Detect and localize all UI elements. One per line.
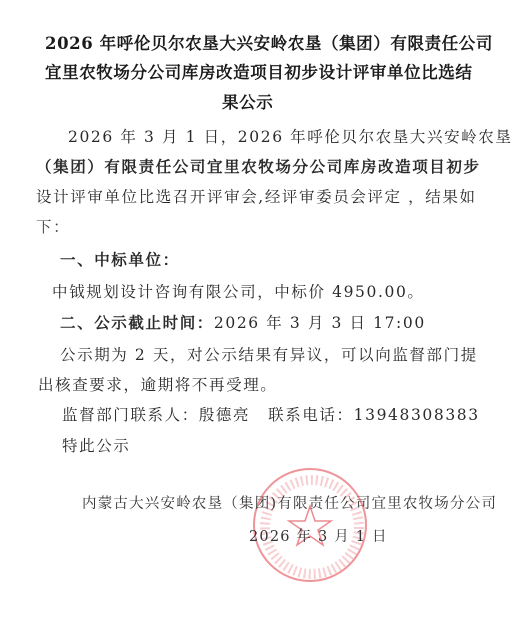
contact-line: 监督部门联系人：殷德亮联系电话：13948308383	[62, 405, 480, 425]
title-line-1: 2026 年呼伦贝尔农垦大兴安岭农垦（集团）有限责任公司	[45, 34, 493, 54]
intro-line-2: （集团）有限责任公司宜里农牧场分公司库房改造项目初步	[36, 157, 481, 177]
title-line-2: 宜里农牧场分公司库房改造项目初步设计评审单位比选结	[45, 63, 473, 83]
contact-phone-label: 联系电话：	[268, 406, 354, 424]
section1-heading: 一、中标单位：	[60, 250, 180, 270]
signature-org: 内蒙古大兴安岭农垦（集团)有限责任公司宜里农牧场分公司	[82, 494, 497, 514]
intro-line-4: 下：	[36, 217, 70, 237]
contact-phone: 13948308383	[354, 406, 480, 424]
signature-date: 2026 年 3 月 1 日	[249, 527, 388, 547]
intro-line-3: 设计评审单位比选召开评审会,经评审委员会评定 ，结果如	[36, 187, 477, 207]
notice-line-2: 出核查要求，逾期将不再受理。	[38, 375, 277, 395]
title-line-3: 果公示	[222, 93, 273, 113]
notice-line-1: 公示期为 2 天，对公示结果有异议，可以向监督部门提	[60, 345, 478, 365]
winner-line: 中钺规划设计咨询有限公司，中标价 4950.00。	[52, 282, 425, 302]
contact-person: 殷德亮	[199, 406, 250, 424]
section2-line: 二、公示截止时间：2026 年 3 月 3 日 17:00	[60, 313, 426, 333]
official-seal-stamp	[253, 468, 367, 582]
contact-person-label: 监督部门联系人：	[62, 406, 199, 424]
section2-heading: 二、公示截止时间：	[60, 313, 214, 332]
closing-text: 特此公示	[62, 436, 130, 456]
section2-value: 2026 年 3 月 3 日 17:00	[214, 314, 426, 332]
intro-line-1: 2026 年 3 月 1 日，2026 年呼伦贝尔农垦大兴安岭农垦	[68, 127, 512, 147]
